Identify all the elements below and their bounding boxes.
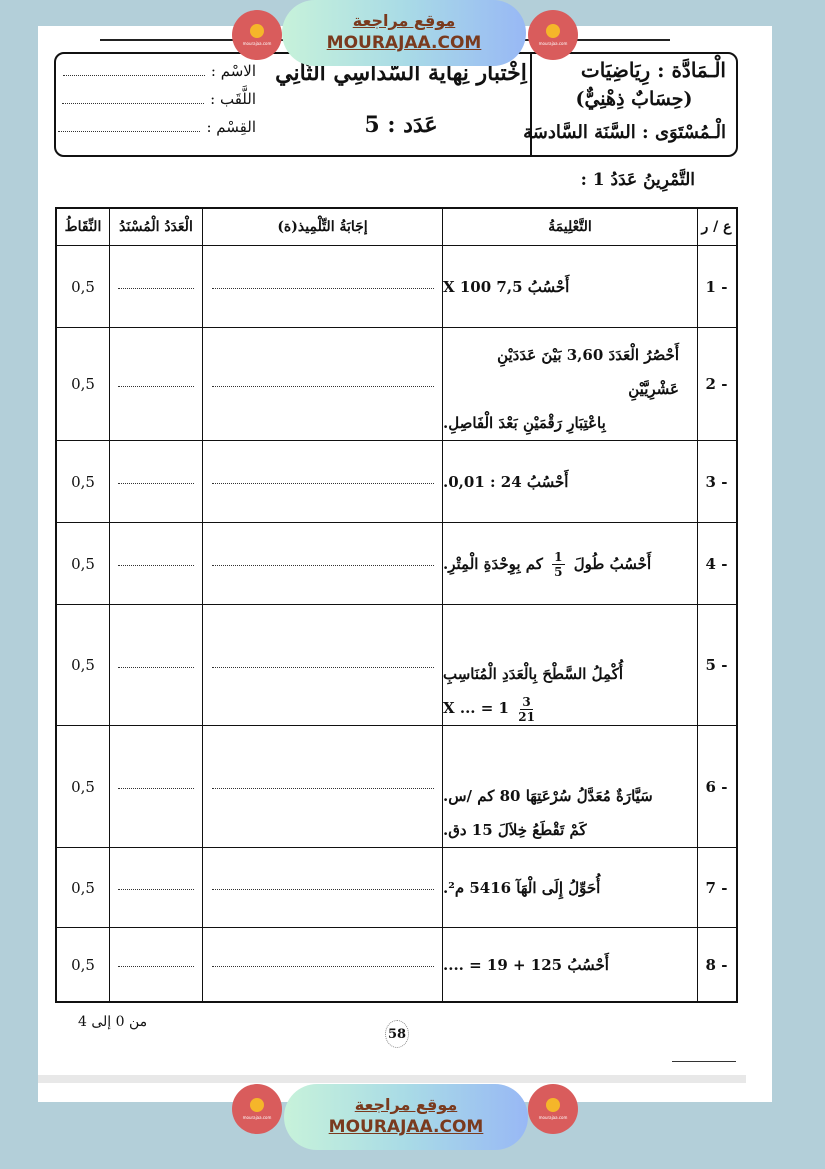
subject-subtitle: (حِسَابٌ ذِهْنِيٌّ) (532, 88, 736, 110)
table-row: 0,5 أَحْسُبُ طُولَ 15 كم بِوِحْدَةِ الْم… (57, 522, 736, 604)
name-input-line[interactable] (63, 65, 205, 76)
task-text: أُكْمِلُ السَّطْحَ بِالْعَدَدِ الْمُنَاس… (443, 657, 623, 691)
page-number: 58 (385, 1020, 409, 1048)
answer-input[interactable] (202, 605, 442, 725)
col-index: ع / ر (697, 209, 735, 245)
surname-field: اللَّقَب : (62, 90, 256, 108)
row-index: 2 - (697, 328, 735, 440)
answer-input[interactable] (202, 726, 442, 847)
row-task: أَحْصُرُ الْعَدَدَ 3,60 بَيْنَ عَدَدَيْن… (442, 328, 697, 440)
assigned-input[interactable] (109, 605, 202, 725)
row-index: 5 - (697, 605, 735, 725)
table-row: 0,5 أُحَوِّلُ إِلَى الْهَآ 5416 م². 7 - (57, 847, 736, 927)
task-text: سَيَّارَةٌ مُعَدَّلُ سُرْعَتِهَا 80 كم /… (443, 779, 653, 813)
watermark-arabic: موقع مراجعة (355, 1095, 458, 1115)
logo-badge-icon: mourajaa.com (528, 10, 578, 60)
logo-badge-icon: mourajaa.com (232, 1084, 282, 1134)
row-task: أُحَوِّلُ إِلَى الْهَآ 5416 م². (442, 848, 697, 927)
row-index: 4 - (697, 523, 735, 604)
exam-number: عَدَد : 5 (270, 112, 532, 138)
row-points: 0,5 (57, 726, 109, 847)
row-task: أَحْسُبُ 7,5 X 100 (442, 246, 697, 327)
table-row: 0,5 أُكْمِلُ السَّطْحَ بِالْعَدَدِ الْمُ… (57, 604, 736, 725)
watermark-arabic: موقع مراجعة (353, 11, 456, 31)
watermark-banner-top[interactable]: موقع مراجعة MOURAJAA.COM (282, 0, 526, 66)
col-answer: إجَابَةُ التِّلْمِيذ(ة) (202, 209, 442, 245)
row-index: 8 - (697, 928, 735, 1001)
exercise-title: التَّمْرِينُ عَدَدُ 1 : (581, 170, 695, 190)
table-row: 0,5 أَحْسُبُ 125 + 19 = .... 8 - (57, 927, 736, 1001)
row-task: أُكْمِلُ السَّطْحَ بِالْعَدَدِ الْمُنَاس… (442, 605, 697, 725)
answer-input[interactable] (202, 441, 442, 522)
task-text: أَحْسُبُ 24 : 0,01. (443, 465, 568, 499)
level-label: الْـمُسْتَوَى : السَّنَة السَّادسَة (523, 122, 726, 143)
surname-label: اللَّقَب : (210, 90, 256, 108)
row-index: 3 - (697, 441, 735, 522)
row-points: 0,5 (57, 328, 109, 440)
table-row: 0,5 أَحْسُبُ 7,5 X 100 1 - (57, 245, 736, 327)
task-text: أَحْسُبُ 125 + 19 = .... (443, 948, 609, 982)
table-row: 0,5 أَحْسُبُ 24 : 0,01. 3 - (57, 440, 736, 522)
fraction: 15 (552, 550, 564, 579)
table-row: 0,5 سَيَّارَةٌ مُعَدَّلُ سُرْعَتِهَا 80 … (57, 725, 736, 847)
logo-badge-icon: mourajaa.com (528, 1084, 578, 1134)
logo-badge-icon: mourajaa.com (232, 10, 282, 60)
assigned-input[interactable] (109, 726, 202, 847)
class-field: القِسْم : (58, 118, 256, 136)
row-task: أَحْسُبُ 24 : 0,01. (442, 441, 697, 522)
name-label: الاسْم : (211, 62, 256, 80)
watermark-site: MOURAJAA.COM (327, 31, 482, 55)
class-label: القِسْم : (206, 118, 256, 136)
answer-input[interactable] (202, 523, 442, 604)
watermark-banner-bottom[interactable]: موقع مراجعة MOURAJAA.COM (284, 1084, 528, 1150)
row-points: 0,5 (57, 605, 109, 725)
subject-label: الْـمَادَّة : رِيَاضِيَات (581, 58, 726, 82)
row-points: 0,5 (57, 848, 109, 927)
name-field: الاسْم : (63, 62, 256, 80)
surname-input-line[interactable] (62, 93, 204, 104)
task-text-line2: بِاعْتِبَارِ رَقْمَيْنِ بَعْدَ الْفَاصِل… (443, 406, 606, 440)
task-text: أَحْصُرُ الْعَدَدَ 3,60 بَيْنَ عَدَدَيْن… (443, 338, 679, 406)
bottom-rule (672, 1061, 736, 1062)
col-assigned: الْعَدَدُ الْمُسْنَدُ (109, 209, 202, 245)
score-range: من 0 إلى 4 (78, 1014, 147, 1030)
equation: 321 X ... = 1 (443, 691, 539, 725)
table-header: النِّقَاطُ الْعَدَدُ الْمُسْنَدُ إجَابَة… (57, 209, 736, 245)
assigned-input[interactable] (109, 246, 202, 327)
row-points: 0,5 (57, 246, 109, 327)
assigned-input[interactable] (109, 441, 202, 522)
assigned-input[interactable] (109, 523, 202, 604)
row-task: سَيَّارَةٌ مُعَدَّلُ سُرْعَتِهَا 80 كم /… (442, 726, 697, 847)
task-text: أُحَوِّلُ إِلَى الْهَآ 5416 م². (443, 871, 600, 905)
student-info-box: الاسْم : اللَّقَب : القِسْم : (54, 52, 272, 157)
page-edge (38, 1075, 746, 1083)
row-task: أَحْسُبُ 125 + 19 = .... (442, 928, 697, 1001)
assigned-input[interactable] (109, 928, 202, 1001)
watermark-site: MOURAJAA.COM (329, 1115, 484, 1139)
exam-title-box: اِخْتبار نِهاية السّداسِي الثّانِي عَدَد… (270, 52, 532, 157)
row-task: أَحْسُبُ طُولَ 15 كم بِوِحْدَةِ الْمِتْر… (442, 523, 697, 604)
task-text-line2: كَمْ تَقْطَعُ خِلاَلَ 15 دق. (443, 813, 587, 847)
row-index: 7 - (697, 848, 735, 927)
col-points: النِّقَاطُ (57, 209, 109, 245)
answer-input[interactable] (202, 328, 442, 440)
exercise-table: النِّقَاطُ الْعَدَدُ الْمُسْنَدُ إجَابَة… (55, 207, 738, 1003)
subject-box: الْـمَادَّة : رِيَاضِيَات (حِسَابٌ ذِهْن… (530, 52, 738, 157)
col-task: التَّعْلِيمَةُ (442, 209, 697, 245)
class-input-line[interactable] (58, 121, 200, 132)
answer-input[interactable] (202, 848, 442, 927)
row-points: 0,5 (57, 523, 109, 604)
task-text: أَحْسُبُ 7,5 X 100 (443, 270, 569, 304)
row-index: 6 - (697, 726, 735, 847)
row-index: 1 - (697, 246, 735, 327)
row-points: 0,5 (57, 928, 109, 1001)
table-row: 0,5 أَحْصُرُ الْعَدَدَ 3,60 بَيْنَ عَدَد… (57, 327, 736, 440)
task-text: أَحْسُبُ طُولَ 15 كم بِوِحْدَةِ الْمِتْر… (443, 547, 651, 581)
assigned-input[interactable] (109, 848, 202, 927)
assigned-input[interactable] (109, 328, 202, 440)
answer-input[interactable] (202, 928, 442, 1001)
row-points: 0,5 (57, 441, 109, 522)
answer-input[interactable] (202, 246, 442, 327)
